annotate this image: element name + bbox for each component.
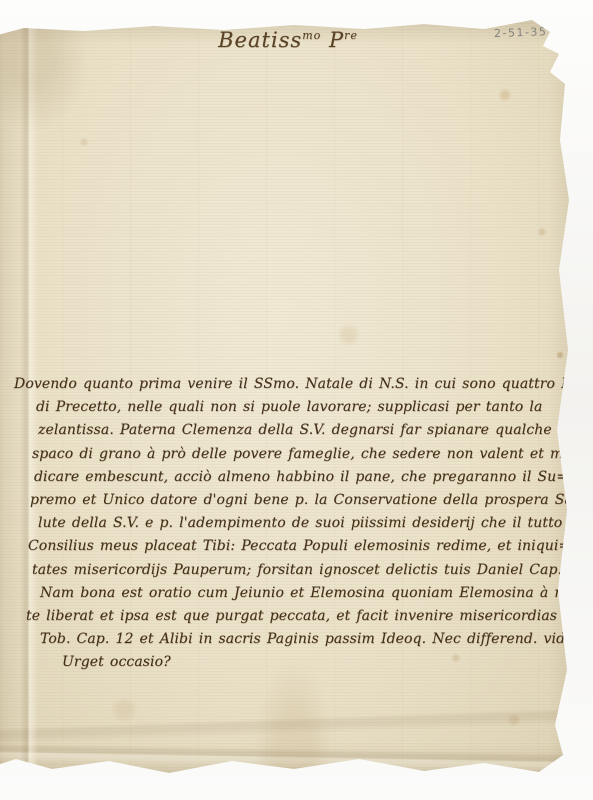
text-line: tates misericordijs Pauperum; forsitan i… <box>0 562 582 585</box>
heading-text: Beatiss <box>218 28 302 52</box>
text-line: zelantissa. Paterna Clemenza della S.V. … <box>0 422 582 445</box>
heading-text-2: P <box>321 28 344 52</box>
body-text: Dovendo quanto prima venire il SSmo. Nat… <box>0 376 582 677</box>
text-line: Dovendo quanto prima venire il SSmo. Nat… <box>0 376 582 399</box>
photo-background: 2-51-357 Beatissmo Pre Dovendo quanto pr… <box>0 0 593 800</box>
text-line: Consilius meus placeat Tibi: Peccata Pop… <box>0 538 582 561</box>
manuscript-paper: 2-51-357 Beatissmo Pre Dovendo quanto pr… <box>0 20 582 782</box>
text-line: di Precetto, nelle quali non si puole la… <box>0 399 582 422</box>
text-line: Nam bona est oratio cum Jeiunio et Elemo… <box>0 585 582 608</box>
heading-superscript: mo <box>302 29 321 42</box>
text-line: premo et Unico datore d'ogni bene p. la … <box>0 492 582 515</box>
text-line: lute della S.V. e p. l'adempimento de su… <box>0 515 582 538</box>
text-line: te liberat et ipsa est que purgat peccat… <box>0 608 582 631</box>
heading-superscript-2: re <box>344 29 358 42</box>
text-line: Tob. Cap. 12 et Alibi in sacris Paginis … <box>0 631 582 654</box>
text-line: spaco di grano à prò delle povere famegl… <box>0 446 582 469</box>
text-line: Urget occasio? <box>0 654 582 677</box>
document-heading: Beatissmo Pre <box>0 28 582 52</box>
text-line: dicare embescunt, acciò almeno habbino i… <box>0 469 582 492</box>
